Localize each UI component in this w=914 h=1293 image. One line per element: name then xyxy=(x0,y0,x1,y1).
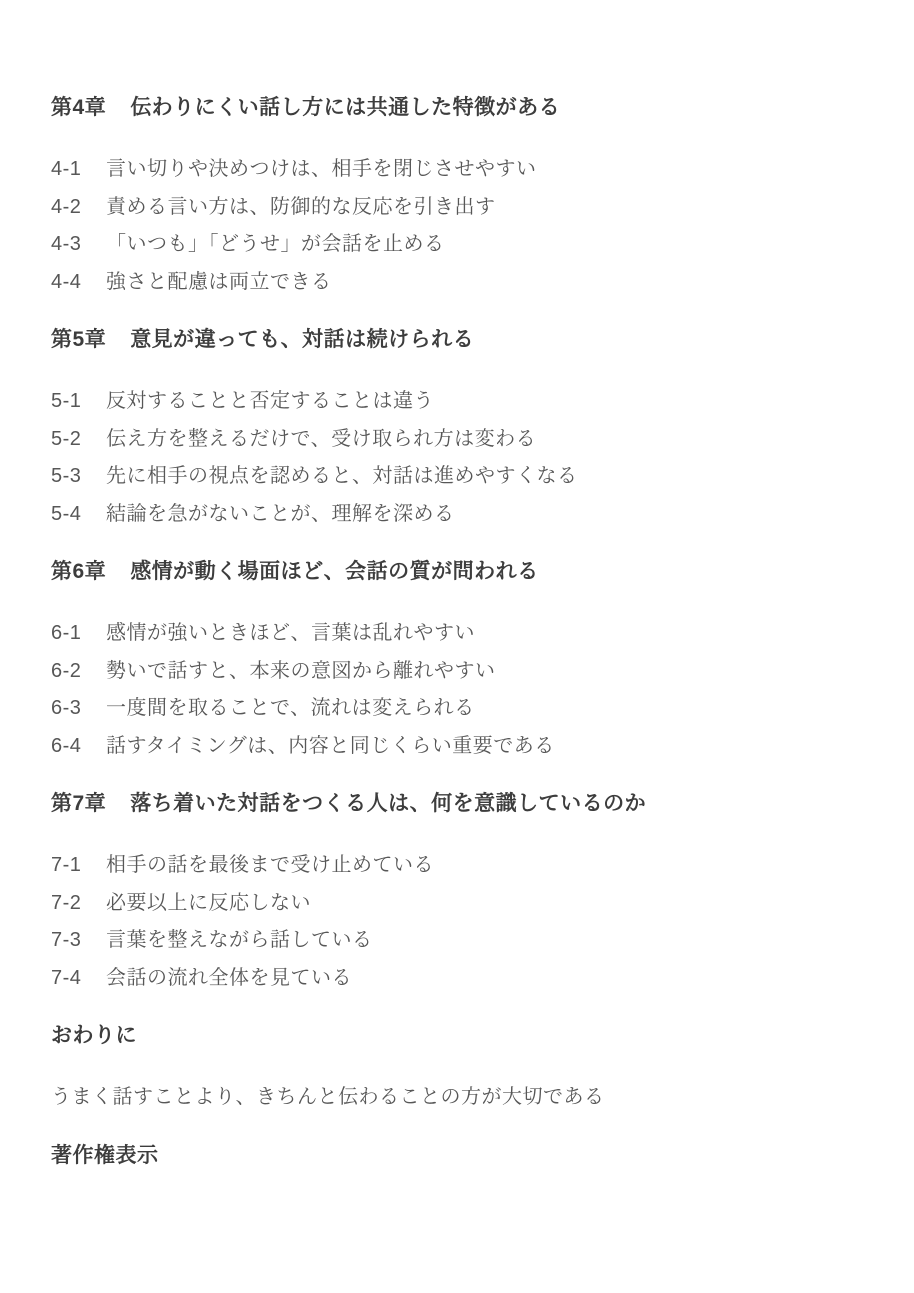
entry-number: 4-2 xyxy=(51,189,106,227)
entry-number: 5-4 xyxy=(51,496,106,534)
toc-entry: 6-3 一度間を取ることで、流れは変えられる xyxy=(51,690,874,728)
entry-title: 会話の流れ全体を見ている xyxy=(106,960,352,998)
chapter-heading: 第6章感情が動く場面ほど、会話の質が問われる xyxy=(51,557,874,587)
entry-title: 必要以上に反応しない xyxy=(106,885,311,923)
entry-number: 4-4 xyxy=(51,264,106,302)
toc-section-chapter5: 第5章意見が違っても、対話は続けられる 5-1 反対することと否定することは違う… xyxy=(51,325,874,533)
toc-entry: 6-2 勢いで話すと、本来の意図から離れやすい xyxy=(51,653,874,691)
chapter-number: 第5章 xyxy=(51,328,106,351)
entry-title: 強さと配慮は両立できる xyxy=(106,264,332,302)
entry-number: 7-4 xyxy=(51,960,106,998)
entry-number: 6-2 xyxy=(51,653,106,691)
toc-entry: 5-1 反対することと否定することは違う xyxy=(51,383,874,421)
toc-section-closing: おわりに うまく話すことより、きちんと伝わることの方が大切である xyxy=(51,1021,874,1117)
entry-number: 4-3 xyxy=(51,226,106,264)
toc-entry: 7-2 必要以上に反応しない xyxy=(51,885,874,923)
toc-entry: 7-3 言葉を整えながら話している xyxy=(51,922,874,960)
entry-title: 相手の話を最後まで受け止めている xyxy=(106,847,434,885)
closing-subtitle: うまく話すことより、きちんと伝わることの方が大切である xyxy=(51,1079,874,1117)
entry-title: 一度間を取ることで、流れは変えられる xyxy=(106,690,475,728)
chapter-heading: 第4章伝わりにくい話し方には共通した特徴がある xyxy=(51,93,874,123)
chapter-number: 第6章 xyxy=(51,560,106,583)
entry-number: 5-2 xyxy=(51,421,106,459)
toc-section-chapter4: 第4章伝わりにくい話し方には共通した特徴がある 4-1 言い切りや決めつけは、相… xyxy=(51,93,874,301)
entry-title: 言葉を整えながら話している xyxy=(106,922,373,960)
chapter-number: 第7章 xyxy=(51,792,106,815)
entry-number: 7-1 xyxy=(51,847,106,885)
entry-number: 5-3 xyxy=(51,458,106,496)
entry-number: 6-4 xyxy=(51,728,106,766)
chapter-number: 第4章 xyxy=(51,96,106,119)
toc-entry: 6-4 話すタイミングは、内容と同じくらい重要である xyxy=(51,728,874,766)
closing-heading: おわりに xyxy=(51,1021,874,1051)
entry-number: 6-1 xyxy=(51,615,106,653)
entry-number: 6-3 xyxy=(51,690,106,728)
toc-entry: 4-2 責める言い方は、防御的な反応を引き出す xyxy=(51,189,874,227)
toc-entry: 5-3 先に相手の視点を認めると、対話は進めやすくなる xyxy=(51,458,874,496)
entry-number: 5-1 xyxy=(51,383,106,421)
entry-title: 先に相手の視点を認めると、対話は進めやすくなる xyxy=(106,458,578,496)
toc-entry: 4-3 「いつも」「どうせ」が会話を止める xyxy=(51,226,874,264)
entry-title: 勢いで話すと、本来の意図から離れやすい xyxy=(106,653,496,691)
entry-title: 「いつも」「どうせ」が会話を止める xyxy=(106,226,445,264)
toc-entry: 5-2 伝え方を整えるだけで、受け取られ方は変わる xyxy=(51,421,874,459)
toc-section-chapter7: 第7章落ち着いた対話をつくる人は、何を意識しているのか 7-1 相手の話を最後ま… xyxy=(51,789,874,997)
entry-number: 7-3 xyxy=(51,922,106,960)
entry-title: 伝え方を整えるだけで、受け取られ方は変わる xyxy=(106,421,536,459)
toc-entry: 7-1 相手の話を最後まで受け止めている xyxy=(51,847,874,885)
chapter-heading: 第7章落ち着いた対話をつくる人は、何を意識しているのか xyxy=(51,789,874,819)
entry-title: 話すタイミングは、内容と同じくらい重要である xyxy=(106,728,555,766)
entry-title: 反対することと否定することは違う xyxy=(106,383,434,421)
toc-entry: 7-4 会話の流れ全体を見ている xyxy=(51,960,874,998)
toc-section-copyright: 著作権表示 xyxy=(51,1141,874,1171)
entry-title: 結論を急がないことが、理解を深める xyxy=(106,496,455,534)
toc-entry: 4-4 強さと配慮は両立できる xyxy=(51,264,874,302)
copyright-heading: 著作権表示 xyxy=(51,1141,874,1171)
entry-title: 責める言い方は、防御的な反応を引き出す xyxy=(106,189,496,227)
chapter-title: 落ち着いた対話をつくる人は、何を意識しているのか xyxy=(130,792,646,815)
chapter-title: 意見が違っても、対話は続けられる xyxy=(130,328,474,351)
entry-title: 言い切りや決めつけは、相手を閉じさせやすい xyxy=(106,151,537,189)
toc-entry: 5-4 結論を急がないことが、理解を深める xyxy=(51,496,874,534)
toc-section-chapter6: 第6章感情が動く場面ほど、会話の質が問われる 6-1 感情が強いときほど、言葉は… xyxy=(51,557,874,765)
entry-number: 4-1 xyxy=(51,151,106,189)
chapter-heading: 第5章意見が違っても、対話は続けられる xyxy=(51,325,874,355)
toc-entry: 6-1 感情が強いときほど、言葉は乱れやすい xyxy=(51,615,874,653)
toc-page: 第4章伝わりにくい話し方には共通した特徴がある 4-1 言い切りや決めつけは、相… xyxy=(0,0,914,1293)
toc-entry: 4-1 言い切りや決めつけは、相手を閉じさせやすい xyxy=(51,151,874,189)
entry-number: 7-2 xyxy=(51,885,106,923)
entry-title: 感情が強いときほど、言葉は乱れやすい xyxy=(106,615,475,653)
chapter-title: 伝わりにくい話し方には共通した特徴がある xyxy=(130,96,560,119)
chapter-title: 感情が動く場面ほど、会話の質が問われる xyxy=(130,560,539,583)
